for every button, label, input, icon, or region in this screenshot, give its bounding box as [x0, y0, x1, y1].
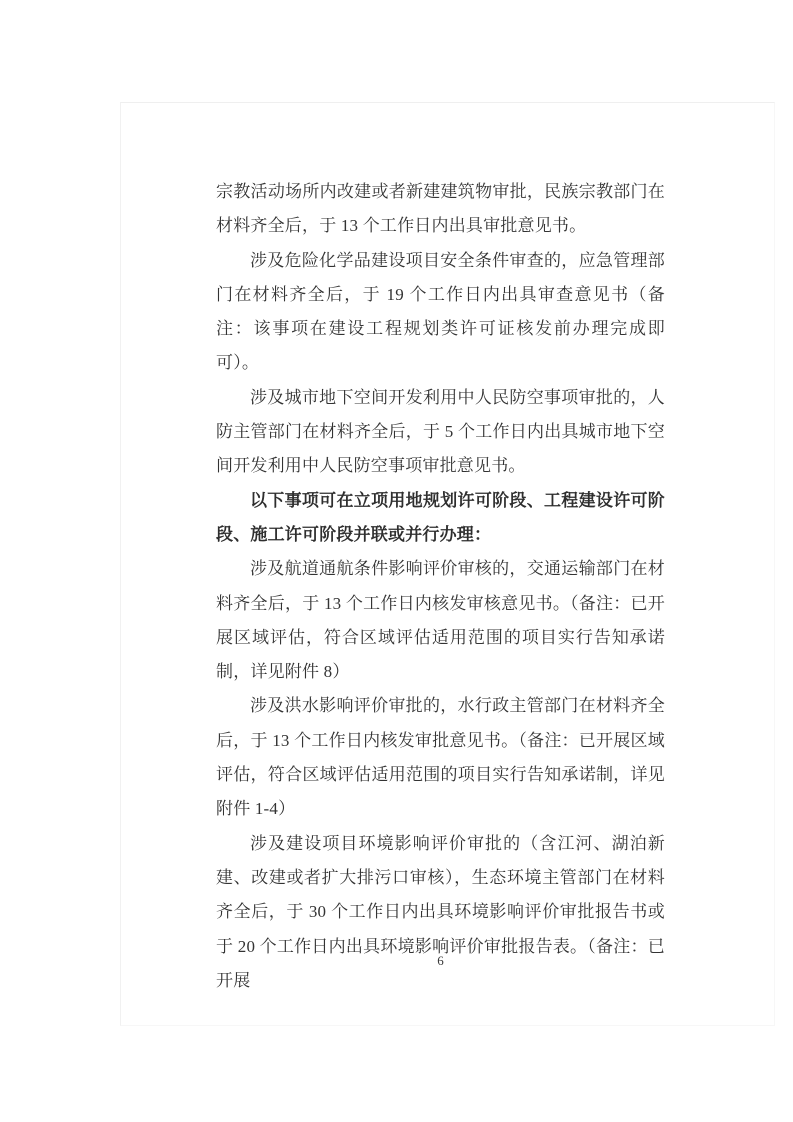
body-paragraph-continuation: 宗教活动场所内改建或者新建建筑物审批，民族宗教部门在材料齐全后，于 13 个工作…: [216, 175, 665, 244]
body-paragraph-environmental-impact: 涉及建设项目环境影响评价审批的（含江河、湖泊新建、改建或者扩大排污口审核），生态…: [216, 827, 665, 998]
body-paragraph-hazardous-chemicals: 涉及危险化学品建设项目安全条件审查的，应急管理部门在材料齐全后，于 19 个工作…: [216, 244, 665, 381]
section-heading-parallel-processing: 以下事项可在立项用地规划许可阶段、工程建设许可阶段、施工许可阶段并联或并行办理：: [216, 484, 665, 553]
page-number: 6: [216, 953, 665, 969]
page-content: 宗教活动场所内改建或者新建建筑物审批，民族宗教部门在材料齐全后，于 13 个工作…: [216, 175, 665, 998]
body-paragraph-flood-impact: 涉及洪水影响评价审批的，水行政主管部门在材料齐全后，于 13 个工作日内核发审批…: [216, 689, 665, 826]
body-paragraph-navigation-channel: 涉及航道通航条件影响评价审核的，交通运输部门在材料齐全后，于 13 个工作日内核…: [216, 552, 665, 689]
document-page: 宗教活动场所内改建或者新建建筑物审批，民族宗教部门在材料齐全后，于 13 个工作…: [120, 102, 775, 1026]
body-paragraph-civil-air-defense: 涉及城市地下空间开发利用中人民防空事项审批的，人防主管部门在材料齐全后，于 5 …: [216, 381, 665, 484]
